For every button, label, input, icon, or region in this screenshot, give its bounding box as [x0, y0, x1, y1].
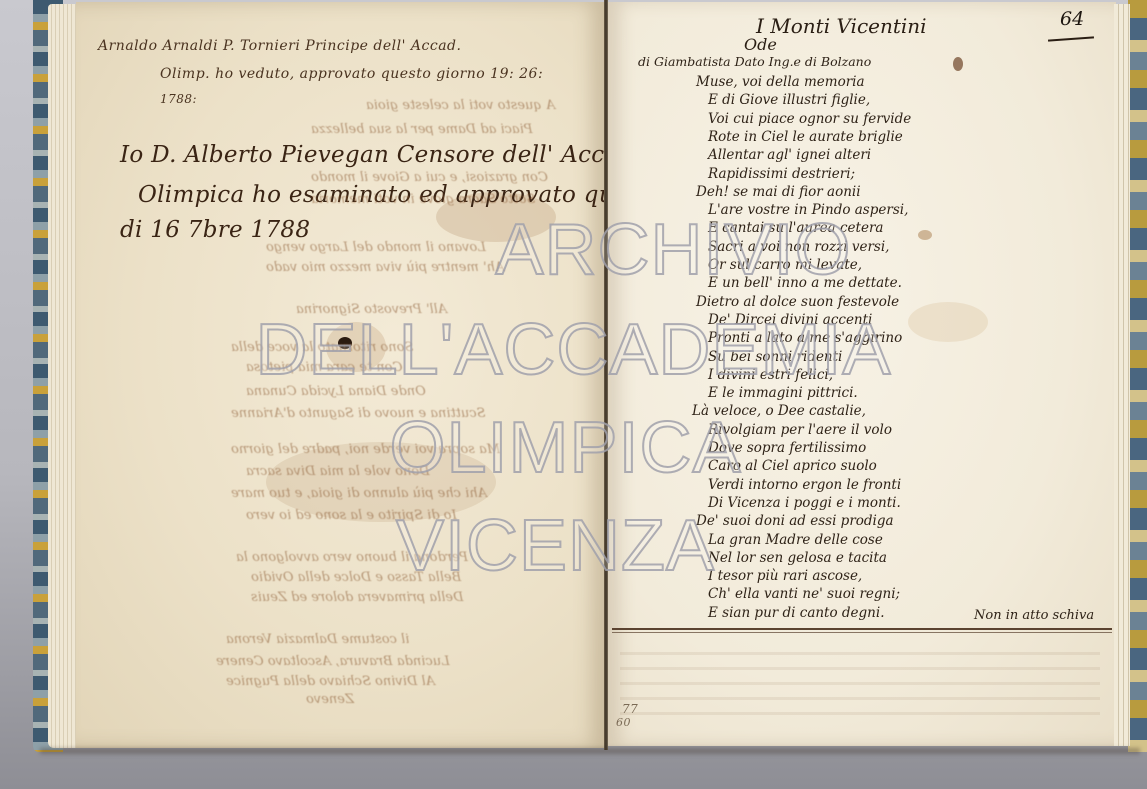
- bleed-line: Della primavera dolore ed Zeuis: [251, 590, 463, 605]
- right-page: I Monti Vicentini 64 Ode di Giambatista …: [608, 2, 1116, 746]
- folio-number: 64: [1060, 8, 1084, 30]
- poem-genre: Ode: [744, 35, 777, 54]
- folio-underline: [1048, 36, 1094, 41]
- bleed-line: All' Prevosto Signorina: [296, 302, 447, 317]
- poem-line: L'are vostre in Pindo aspersi,: [708, 202, 908, 218]
- bleed-line: Zenevo: [306, 692, 354, 707]
- poem-line: Nel lor sen gelosa e tacita: [708, 550, 887, 566]
- poem-line: Dove sopra fertilissimo: [708, 440, 866, 456]
- bleed-line: Al Divino Schiavo della Pugnice: [226, 674, 435, 689]
- bleed-line: Ah' mentre più viva mezzo mio vado: [266, 260, 504, 275]
- poem-line: Là veloce, o Dee castalie,: [692, 403, 866, 419]
- bleed-line: Sono ritornato la voce della: [231, 340, 413, 355]
- book-cover-right-edge: [1128, 0, 1147, 752]
- bleed-line: Lovano il mondo del Largo vengo: [266, 240, 486, 255]
- ink-stain: [908, 302, 988, 342]
- bleed-line: Ma sopra voi verde noi, padre del giorno: [231, 442, 500, 457]
- poem-line: Rapidissimi destrieri;: [708, 166, 855, 182]
- approval-line: Io D. Alberto Pievegan Censore dell' Acc…: [120, 142, 626, 168]
- bleed-line: Con te cara mia pietosa: [246, 360, 402, 375]
- poem-line: E di Giove illustri figlie,: [708, 92, 870, 108]
- poem-line: E un bell' inno a me dettate.: [708, 275, 902, 291]
- bleed-line: Con graziosi, e cui a Giove il mondo: [311, 170, 548, 185]
- text-separator-rule: [612, 628, 1112, 630]
- poem-line: La gran Madre delle cose: [708, 532, 883, 548]
- bleed-line: Sotto Sacra giove in voti memoria: [311, 192, 535, 207]
- poem-line: Or sul carro mi levate,: [708, 257, 862, 273]
- poem-line: Muse, voi della memoria: [696, 74, 865, 90]
- text-separator-rule: [612, 632, 1112, 633]
- ink-stain: [918, 230, 932, 240]
- poem-line: I divini estri felici,: [708, 367, 833, 383]
- bleed-line: il costume Dalmazia Verona: [226, 632, 409, 647]
- poem-line: Pronti a lato a me s'aggirino: [708, 330, 902, 346]
- poem-line: Sacri a voi non rozzi versi,: [708, 239, 889, 255]
- poem-line: De' Dircei divini accenti: [708, 312, 872, 328]
- approval-line: 1788:: [160, 92, 197, 106]
- poem-title: I Monti Vicentini: [756, 14, 927, 38]
- poem-line: Verdi intorno ergon le fronti: [708, 477, 901, 493]
- page-stack-right: [1114, 4, 1130, 746]
- poem-line: E le immagini pittrici.: [708, 385, 858, 401]
- bleed-line: Dono vole la mia Diva sacra: [246, 464, 430, 479]
- poem-line: Rivolgiam per l'aere il volo: [708, 422, 892, 438]
- poem-line: I tesor più rari ascose,: [708, 568, 862, 584]
- left-page: Arnaldo Arnaldi P. Tornieri Principe del…: [76, 2, 606, 748]
- bleed-line: Scuttina e nuovo di Sagunto d'Arianne: [231, 406, 485, 421]
- page-shadow: [40, 748, 1140, 754]
- ink-stain: [953, 57, 963, 71]
- poem-line: Caro al Ciel aprico suolo: [708, 458, 877, 474]
- bleed-line: Onde Diana Lycida Cunana: [246, 384, 426, 399]
- approval-line: Arnaldo Arnaldi P. Tornieri Principe del…: [98, 38, 461, 54]
- poem-line: E cantai su l'aurea cetera: [708, 220, 883, 236]
- archive-number: 77: [622, 702, 638, 716]
- poem-byline: di Giambatista Dato Ing.e di Bolzano: [638, 54, 871, 69]
- poem-line: E sian pur di canto degni.: [708, 605, 884, 621]
- faint-footnotes: [620, 640, 1100, 720]
- poem-line: Ch' ella vanti ne' suoi regni;: [708, 586, 900, 602]
- bleed-line: Io di Spirito e la sono ed io vero: [246, 508, 457, 523]
- poem-line: Rote in Ciel le aurate briglie: [708, 129, 903, 145]
- bleed-line: Piaci ad Dame per la sua bellezza: [311, 122, 533, 137]
- poem-line: Su bei sonni ridenti: [708, 349, 842, 365]
- poem-line: Allentar agl' ignei alteri: [708, 147, 871, 163]
- approval-line: Olimp. ho veduto, approvato questo giorn…: [160, 66, 543, 82]
- poem-line: Deh! se mai di fior aonii: [696, 184, 861, 200]
- bleed-line: Ahi che più alunno di gioia, e tuo mare: [231, 486, 487, 501]
- poem-line: Di Vicenza i poggi e i monti.: [708, 495, 901, 511]
- archive-number: 60: [616, 716, 631, 729]
- catchword: Non in atto schiva: [974, 608, 1094, 623]
- bleed-line: Lucinda Bravura, Ascoltavo Cenere: [216, 654, 450, 669]
- bleed-line: A questo voti la celeste gioia: [366, 98, 555, 113]
- bleed-line: Perdona il buono vero avvolgono la: [236, 550, 468, 565]
- bleed-line: Bella Tasso e Dolce della Ovidio: [251, 570, 461, 585]
- poem-line: Dietro al dolce suon festevole: [696, 294, 899, 310]
- poem-line: De' suoi doni ad essi prodiga: [696, 513, 894, 529]
- poem-line: Voi cui piace ognor su fervide: [708, 111, 911, 127]
